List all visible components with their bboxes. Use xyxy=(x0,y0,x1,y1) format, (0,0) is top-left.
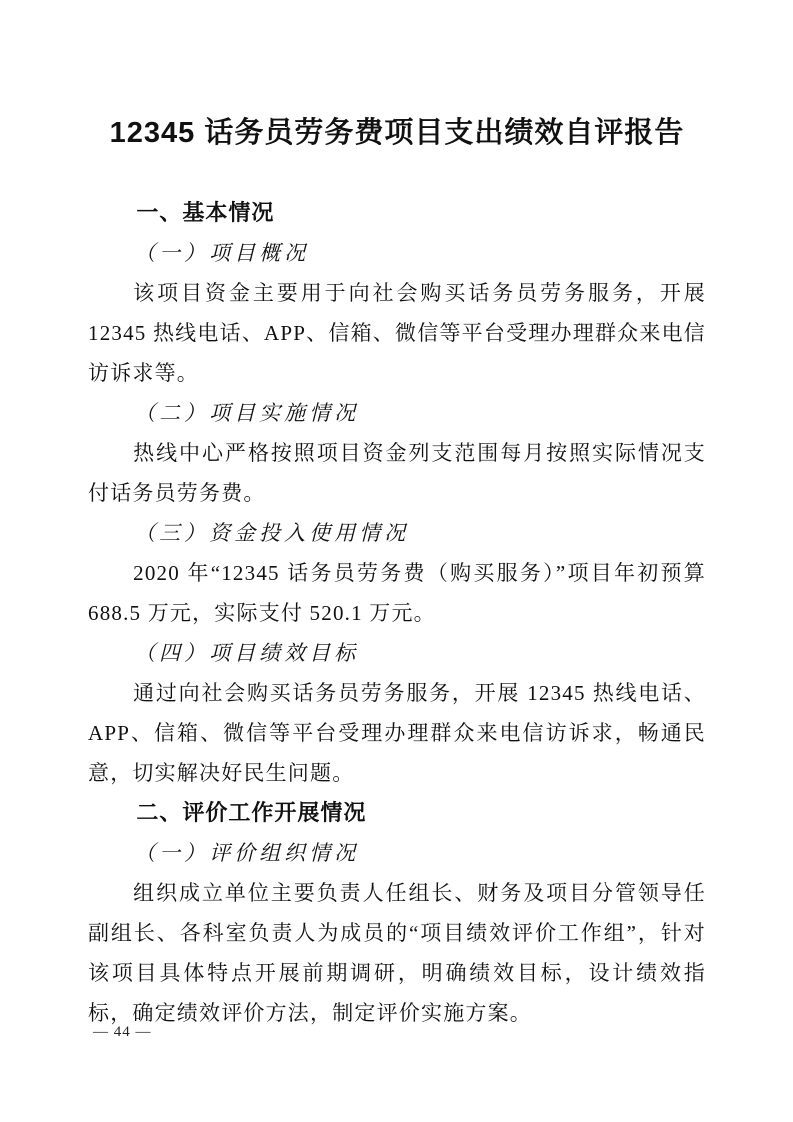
document-title: 12345 话务员劳务费项目支出绩效自评报告 xyxy=(88,103,706,163)
sub-heading-funding-usage: （三）资金投入使用情况 xyxy=(88,513,706,553)
paragraph-project-implementation: 热线中心严格按照项目资金列支范围每月按照实际情况支付话务员劳务费。 xyxy=(88,433,706,513)
sub-heading-project-implementation: （二）项目实施情况 xyxy=(88,393,706,433)
sub-heading-project-overview: （一）项目概况 xyxy=(88,233,706,273)
paragraph-performance-goal: 通过向社会购买话务员劳务服务，开展 12345 热线电话、APP、信箱、微信等平… xyxy=(88,673,706,793)
document-page: 12345 话务员劳务费项目支出绩效自评报告 一、基本情况 （一）项目概况 该项… xyxy=(0,0,793,1122)
paragraph-project-overview: 该项目资金主要用于向社会购买话务员劳务服务，开展 12345 热线电话、APP、… xyxy=(88,273,706,393)
sub-heading-evaluation-organization: （一）评价组织情况 xyxy=(88,833,706,873)
page-number: — 44 — xyxy=(93,1024,152,1041)
paragraph-funding-usage: 2020 年“12345 话务员劳务费（购买服务）”项目年初预算 688.5 万… xyxy=(88,553,706,633)
paragraph-evaluation-organization: 组织成立单位主要负责人任组长、财务及项目分管领导任副组长、各科室负责人为成员的“… xyxy=(88,873,706,1033)
section-heading-evaluation-work: 二、评价工作开展情况 xyxy=(88,793,706,833)
sub-heading-performance-goal: （四）项目绩效目标 xyxy=(88,633,706,673)
section-heading-basic-info: 一、基本情况 xyxy=(88,193,706,233)
